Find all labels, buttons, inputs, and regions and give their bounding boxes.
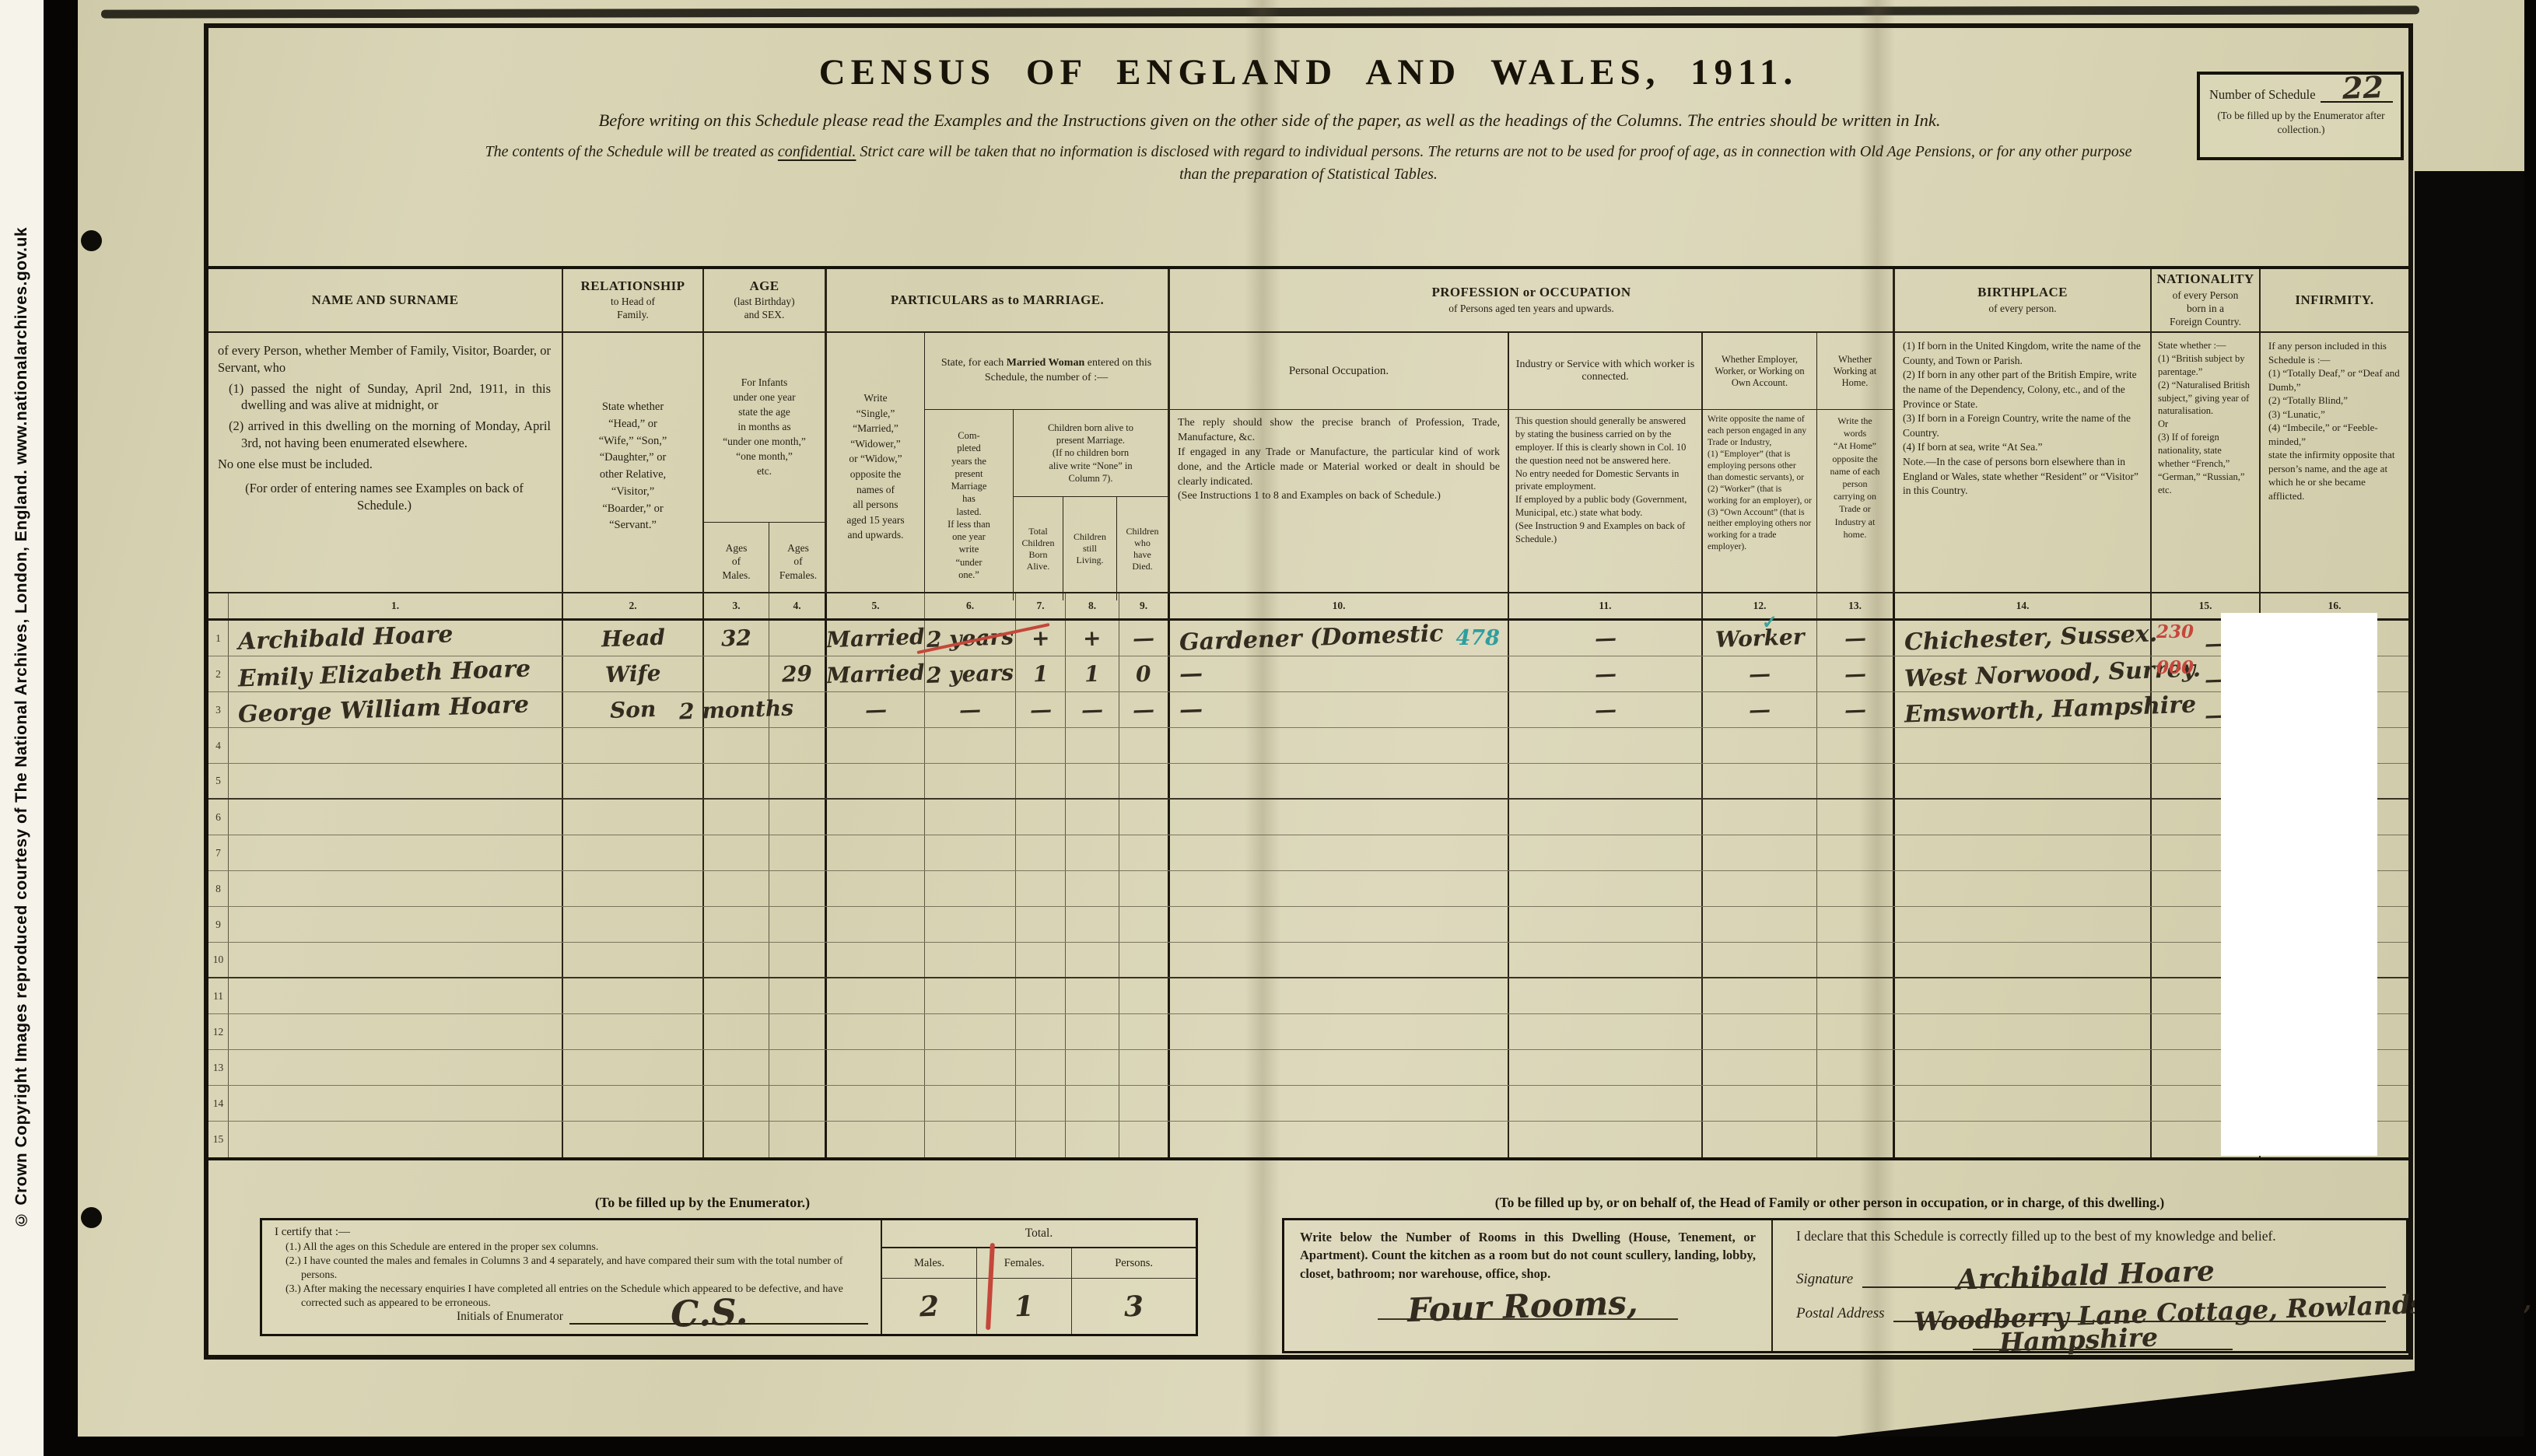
cell-children-born <box>1016 871 1066 906</box>
table-row: 3George William HoareSon2 months————————… <box>208 692 2408 728</box>
instr-employer-title: Whether Employer, Worker, or Working on … <box>1703 333 1816 410</box>
cell-marital-condition <box>827 764 925 798</box>
table-row: 4 <box>208 728 2408 764</box>
cell-industry: — <box>1509 621 1703 656</box>
handwriting: — <box>1594 627 1617 649</box>
cell-years-married: — <box>925 692 1016 727</box>
handwriting: — <box>959 698 982 721</box>
handwriting: Worker <box>1715 626 1804 651</box>
cell-birthplace <box>1895 871 2152 906</box>
cell-children-died: — <box>1119 692 1170 727</box>
cell-industry <box>1509 978 1703 1013</box>
cell-age-male <box>704 835 769 870</box>
cell-children-died <box>1119 943 1170 977</box>
cell-children-born <box>1016 943 1066 977</box>
cell-working-at-home <box>1817 943 1895 977</box>
cell-children-born <box>1016 764 1066 798</box>
handwriting: — <box>1133 627 1155 649</box>
cell-industry <box>1509 800 1703 835</box>
cell-children-living: — <box>1066 692 1119 727</box>
cell-employment-status <box>1703 1050 1817 1085</box>
cell-occupation <box>1170 764 1509 798</box>
cell-age-male <box>704 1122 769 1157</box>
handwriting: — <box>1179 662 1203 686</box>
householder-heading: (To be filled up by, or on behalf of, th… <box>1251 1195 2408 1211</box>
cell-occupation <box>1170 1122 1509 1157</box>
cell-working-at-home <box>1817 907 1895 942</box>
cell-age-male <box>704 943 769 977</box>
cell-name <box>229 907 563 942</box>
cell-occupation <box>1170 835 1509 870</box>
instr-personal-occupation: Personal Occupation. The reply should sh… <box>1170 333 1509 600</box>
cell-birthplace <box>1895 1050 2152 1085</box>
handwriting: 32 <box>721 627 752 649</box>
cell-working-at-home: — <box>1817 692 1895 727</box>
header-profession: PROFESSION or OCCUPATIONof Persons aged … <box>1170 269 1895 331</box>
handwriting: 1 <box>1084 663 1100 685</box>
signature-line: Archibald Hoare <box>1862 1266 2386 1288</box>
cell-children-died <box>1119 871 1170 906</box>
cell-years-married <box>925 800 1016 835</box>
cell-children-died <box>1119 978 1170 1013</box>
cell-employment-status <box>1703 1086 1817 1121</box>
certify-item: (3.) After making the necessary enquirie… <box>275 1283 873 1311</box>
cell-age-male <box>704 764 769 798</box>
cell-working-at-home <box>1817 1086 1895 1121</box>
cell-years-married <box>925 871 1016 906</box>
cell-birthplace <box>1895 1014 2152 1049</box>
column-number-row: 1.2.3.4.5.6.7.8.9.10.11.12.13.14.15.16. <box>208 593 2408 621</box>
initials-row: Initials of Enumerator C.S. <box>457 1309 868 1325</box>
schedule-frame: CENSUS OF ENGLAND AND WALES, 1911. Befor… <box>204 23 2413 1360</box>
subtitle-confidential: The contents of the Schedule will be tre… <box>263 143 2354 161</box>
cell-marital-condition <box>827 1050 925 1085</box>
cell-age-female <box>769 978 827 1013</box>
cell-name <box>229 764 563 798</box>
cell-industry <box>1509 728 1703 763</box>
cell-age-male <box>704 1014 769 1049</box>
column-number: 5. <box>827 593 925 618</box>
rooms-line: Four Rooms, <box>1378 1286 1679 1320</box>
cell-name <box>229 728 563 763</box>
cell-occupation <box>1170 800 1509 835</box>
cell-children-living <box>1066 1086 1119 1121</box>
cell-age-female <box>769 800 827 835</box>
schedule-number-line: 22 <box>2321 82 2393 103</box>
handwriting: 1 <box>1032 663 1048 685</box>
postal-address-handwriting2: Hampshire <box>1998 1324 2158 1355</box>
instr-industry-text: This question should generally be answer… <box>1509 410 1701 551</box>
cell-occupation <box>1170 871 1509 906</box>
cell-children-born <box>1016 907 1066 942</box>
cell-occupation: — <box>1170 656 1509 691</box>
table-row: 8 <box>208 871 2408 907</box>
cell-birthplace <box>1895 835 2152 870</box>
handwriting: Married <box>826 661 926 686</box>
cell-children-died <box>1119 907 1170 942</box>
cell-children-living <box>1066 800 1119 835</box>
signature-handwriting: Archibald Hoare <box>1956 1257 2215 1294</box>
handwriting: 2 months <box>679 697 794 723</box>
header-age: AGE(last Birthday) and SEX. <box>704 269 827 331</box>
cell-years-married <box>925 907 1016 942</box>
column-number: 8. <box>1066 593 1119 618</box>
handwriting: — <box>1179 698 1203 722</box>
cell-name <box>229 835 563 870</box>
cell-occupation <box>1170 1086 1509 1121</box>
handwriting: — <box>864 698 887 721</box>
instr-name: of every Person, whether Member of Famil… <box>208 333 563 600</box>
cell-name <box>229 1086 563 1121</box>
row-number: 6 <box>208 800 229 835</box>
cell-working-at-home <box>1817 764 1895 798</box>
handwriting: George William Hoare <box>238 693 530 726</box>
column-group-titles: NAME AND SURNAME RELATIONSHIPto Head of … <box>208 269 2408 333</box>
cell-employment-status <box>1703 835 1817 870</box>
cell-years-married <box>925 1050 1016 1085</box>
handwriting: Married <box>826 625 926 650</box>
cell-employment-status <box>1703 907 1817 942</box>
signature-label: Signature <box>1796 1271 1853 1288</box>
cell-relationship <box>563 907 704 942</box>
table-row: 10 <box>208 943 2408 978</box>
cell-children-born <box>1016 1122 1066 1157</box>
cell-relationship <box>563 800 704 835</box>
cell-occupation: Gardener (Domestic478 <box>1170 621 1509 656</box>
cell-birthplace <box>1895 800 2152 835</box>
cell-employment-status: Worker✓ <box>1703 621 1817 656</box>
cell-age-male <box>704 978 769 1013</box>
cell-occupation <box>1170 1014 1509 1049</box>
rooms-value-handwriting: Four Rooms, <box>1407 1286 1639 1327</box>
header-birthplace: BIRTHPLACEof every person. <box>1895 269 2152 331</box>
column-number: 3. <box>704 593 769 618</box>
handwriting: — <box>1844 698 1866 721</box>
handwriting: — <box>1594 698 1617 721</box>
certify-intro: I certify that :— <box>275 1225 873 1241</box>
instr-ages-males: Ages of Males. <box>704 523 769 600</box>
column-number: 1. <box>229 593 563 618</box>
cell-name <box>229 871 563 906</box>
cell-marital-condition <box>827 907 925 942</box>
cell-name <box>229 1050 563 1085</box>
cell-children-living <box>1066 907 1119 942</box>
cell-occupation <box>1170 978 1509 1013</box>
row-number: 4 <box>208 728 229 763</box>
cell-age-male <box>704 1086 769 1121</box>
row-number: 2 <box>208 656 229 691</box>
cell-years-married <box>925 764 1016 798</box>
copyright-strip: © Crown Copyright Images reproduced cour… <box>0 0 44 1456</box>
clerk-code-red: 230 <box>2156 621 2194 642</box>
persons-value: 3 <box>1072 1279 1196 1334</box>
instr-relationship: State whether “Head,” or “Wife,” “Son,” … <box>563 333 704 600</box>
instr-employer-text: Write opposite the name of each person e… <box>1703 410 1816 557</box>
householder-box: Write below the Number of Rooms in this … <box>1282 1218 2408 1353</box>
column-number: 11. <box>1509 593 1703 618</box>
handwriting: — <box>1594 663 1617 685</box>
cell-employment-status <box>1703 728 1817 763</box>
cell-marital-condition <box>827 943 925 977</box>
cell-children-died: 0 <box>1119 656 1170 691</box>
cell-children-born <box>1016 978 1066 1013</box>
handwriting: + <box>1083 627 1102 649</box>
cell-name <box>229 978 563 1013</box>
cell-marital-condition <box>827 978 925 1013</box>
handwriting: + <box>1031 627 1049 649</box>
cell-industry <box>1509 835 1703 870</box>
cell-children-born <box>1016 1086 1066 1121</box>
cell-years-married <box>925 978 1016 1013</box>
column-number: 6. <box>925 593 1016 618</box>
row-number: 1 <box>208 621 229 656</box>
instr-ages-females: Ages of Females. <box>769 523 827 600</box>
initials-label: Initials of Enumerator <box>457 1309 563 1325</box>
row-number: 12 <box>208 1014 229 1049</box>
cell-children-living <box>1066 835 1119 870</box>
instr-years-married: Com- pleted years the present Marriage h… <box>925 410 1014 600</box>
cell-children-died <box>1119 1086 1170 1121</box>
header-relationship: RELATIONSHIPto Head of Family. <box>563 269 704 331</box>
cell-relationship <box>563 835 704 870</box>
handwriting: — <box>1081 698 1104 721</box>
instr-married-woman: State, for each Married Woman entered on… <box>925 333 1168 410</box>
cell-occupation: — <box>1170 692 1509 727</box>
handwriting: Archibald Hoare <box>238 623 454 654</box>
schedule-number-box: Number of Schedule 22 (To be filled up b… <box>2197 72 2404 160</box>
cell-children-living <box>1066 871 1119 906</box>
row-number: 11 <box>208 978 229 1013</box>
cell-industry <box>1509 1014 1703 1049</box>
cell-children-born <box>1016 1014 1066 1049</box>
rooms-instructions: Write below the Number of Rooms in this … <box>1300 1228 1756 1283</box>
cell-employment-status <box>1703 1122 1817 1157</box>
column-number: 10. <box>1170 593 1509 618</box>
column-number: 14. <box>1895 593 2152 618</box>
cell-birthplace <box>1895 764 2152 798</box>
cell-name <box>229 943 563 977</box>
cell-years-married: 2 years <box>925 656 1016 691</box>
cell-employment-status <box>1703 764 1817 798</box>
cell-years-married <box>925 1014 1016 1049</box>
instr-age-infants: For Infants under one year state the age… <box>704 333 825 522</box>
copyright-text: © Crown Copyright Images reproduced cour… <box>12 227 31 1228</box>
cell-employment-status: — <box>1703 656 1817 691</box>
handwriting: — <box>1029 698 1052 721</box>
row-number: 3 <box>208 692 229 727</box>
cell-children-died <box>1119 835 1170 870</box>
cell-relationship: Head <box>563 621 704 656</box>
cell-industry <box>1509 1086 1703 1121</box>
cell-years-married: 2 years <box>925 621 1016 656</box>
instr-have-died: Children who have Died. <box>1117 497 1168 600</box>
cell-children-born <box>1016 728 1066 763</box>
cell-relationship <box>563 943 704 977</box>
cell-name: Archibald Hoare <box>229 621 563 656</box>
row-number: 13 <box>208 1050 229 1085</box>
census-document-scan: © Crown Copyright Images reproduced cour… <box>0 0 2536 1456</box>
cell-children-died <box>1119 800 1170 835</box>
cell-birthplace <box>1895 978 2152 1013</box>
cell-children-living <box>1066 978 1119 1013</box>
schedule-number-note: (To be filled up by the Enumerator after… <box>2209 109 2393 136</box>
cell-relationship <box>563 728 704 763</box>
cell-relationship <box>563 1086 704 1121</box>
cell-children-died <box>1119 1050 1170 1085</box>
cell-name <box>229 1122 563 1157</box>
cell-name: George William Hoare <box>229 692 563 727</box>
instr-working-at-home: Whether Working at Home. Write the words… <box>1817 333 1895 600</box>
cell-age-female <box>769 1050 827 1085</box>
column-instructions: of every Person, whether Member of Famil… <box>208 333 2408 593</box>
cell-age-female <box>769 835 827 870</box>
subtitle-instructions: Before writing on this Schedule please r… <box>372 110 2167 131</box>
cell-marital-condition: — <box>827 692 925 727</box>
cell-relationship <box>563 871 704 906</box>
cell-children-living <box>1066 1050 1119 1085</box>
cell-age-female <box>769 871 827 906</box>
schedule-number-label: Number of Schedule <box>2209 87 2316 103</box>
males-value: 2 <box>882 1279 977 1334</box>
cell-birthplace: Emsworth, Hampshire <box>1895 692 2152 727</box>
cell-age-female <box>769 1086 827 1121</box>
cell-children-living <box>1066 728 1119 763</box>
cell-employment-status <box>1703 800 1817 835</box>
column-number: 4. <box>769 593 827 618</box>
cell-years-married <box>925 1122 1016 1157</box>
census-paper: CENSUS OF ENGLAND AND WALES, 1911. Befor… <box>78 0 2524 1437</box>
handwriting: 29 <box>782 663 813 685</box>
column-number: 7. <box>1016 593 1066 618</box>
cell-marital-condition <box>827 800 925 835</box>
instr-marital-condition: Write “Single,” “Married,” “Widower,” or… <box>827 333 925 600</box>
enumerator-certification: I certify that :— (1.) All the ages on t… <box>262 1220 881 1334</box>
cell-marital-condition <box>827 871 925 906</box>
handwriting: — <box>1133 698 1155 721</box>
cell-age-female <box>769 764 827 798</box>
cell-industry: — <box>1509 656 1703 691</box>
cell-age-male: 2 months <box>704 692 769 727</box>
header-nationality: NATIONALITYof every Person born in a For… <box>2152 269 2261 331</box>
instr-nationality: State whether :— (1) “British sub­ject b… <box>2152 333 2261 600</box>
table-row: 7 <box>208 835 2408 871</box>
cell-birthplace <box>1895 728 2152 763</box>
rooms-section: Write below the Number of Rooms in this … <box>1284 1220 1773 1351</box>
cell-age-female: 29 <box>769 656 827 691</box>
instr-industry: Industry or Service with which worker is… <box>1509 333 1703 600</box>
cell-birthplace: West Norwood, Surrey. <box>1895 656 2152 691</box>
instr-employer-worker: Whether Employer, Worker, or Working on … <box>1703 333 1817 600</box>
table-body: 1Archibald HoareHead32Married2 years++—G… <box>208 621 2408 1157</box>
row-number: 8 <box>208 871 229 906</box>
cell-children-living: 1 <box>1066 656 1119 691</box>
cell-working-at-home <box>1817 835 1895 870</box>
cell-marital-condition <box>827 835 925 870</box>
cell-name: Emily Elizabeth Hoare <box>229 656 563 691</box>
row-number: 9 <box>208 907 229 942</box>
instr-children-born: Children born alive to present Marriage.… <box>1014 410 1168 497</box>
signature-row: Signature Archibald Hoare <box>1796 1266 2386 1288</box>
column-number: 12. <box>1703 593 1817 618</box>
cell-working-at-home <box>1817 800 1895 835</box>
instr-age: For Infants under one year state the age… <box>704 333 827 600</box>
cell-age-female <box>769 1122 827 1157</box>
cell-age-male: 32 <box>704 621 769 656</box>
table-row: 9 <box>208 907 2408 943</box>
handwriting: — <box>1749 663 1771 685</box>
cell-occupation <box>1170 728 1509 763</box>
cell-birthplace <box>1895 907 2152 942</box>
row-number: 5 <box>208 764 229 798</box>
cell-working-at-home <box>1817 728 1895 763</box>
postal-address-label: Postal Address <box>1796 1305 1884 1322</box>
cell-children-born: — <box>1016 692 1066 727</box>
cell-years-married <box>925 835 1016 870</box>
cell-children-died: — <box>1119 621 1170 656</box>
cell-industry <box>1509 764 1703 798</box>
instr-total-born: Total Children Born Alive. <box>1014 497 1063 600</box>
cell-relationship <box>563 1050 704 1085</box>
cell-years-married <box>925 1086 1016 1121</box>
subtitle-confidential-post: Strict care will be taken that no inform… <box>856 143 2131 160</box>
total-label: Total. <box>882 1220 1196 1248</box>
table-row: 11 <box>208 978 2408 1014</box>
cell-working-at-home: — <box>1817 621 1895 656</box>
instr-birthplace: (1) If born in the United King­dom, writ… <box>1895 333 2152 600</box>
row-number: 10 <box>208 943 229 977</box>
cell-marital-condition: Married <box>827 621 925 656</box>
table-row: 5 <box>208 764 2408 800</box>
cell-marital-condition <box>827 1086 925 1121</box>
declaration-text: I declare that this Schedule is correctl… <box>1796 1228 2386 1244</box>
cell-children-died <box>1119 764 1170 798</box>
clerk-check-teal: ✓ <box>1762 611 1778 634</box>
cell-children-born <box>1016 1050 1066 1085</box>
row-number: 14 <box>208 1086 229 1121</box>
postal-address-row: Postal Address Woodberry Lane Cottage, R… <box>1796 1300 2386 1322</box>
initials-line: C.S. <box>569 1309 868 1325</box>
table-row: 6 <box>208 800 2408 835</box>
page-title: CENSUS OF ENGLAND AND WALES, 1911. <box>208 28 2408 93</box>
instr-home-title: Whether Working at Home. <box>1817 333 1893 410</box>
confidential-underlined: confidential. <box>778 143 856 160</box>
cell-name <box>229 1014 563 1049</box>
table-row: 13 <box>208 1050 2408 1086</box>
hole-punch <box>81 230 102 251</box>
cell-industry <box>1509 1122 1703 1157</box>
cell-years-married <box>925 728 1016 763</box>
instr-occupation-title: Personal Occupation. <box>1170 333 1508 410</box>
enumerator-box: I certify that :— (1.) All the ages on t… <box>260 1218 1198 1336</box>
cell-children-died <box>1119 728 1170 763</box>
scan-dark-edge <box>2415 171 2524 1437</box>
cell-industry <box>1509 943 1703 977</box>
handwriting: — <box>1844 627 1866 649</box>
handwriting: Emily Elizabeth Hoare <box>238 657 531 691</box>
column-number: 13. <box>1817 593 1895 618</box>
cell-relationship <box>563 978 704 1013</box>
cell-children-living <box>1066 764 1119 798</box>
cell-relationship <box>563 1122 704 1157</box>
cell-age-female <box>769 621 827 656</box>
handwriting: Head <box>601 626 665 650</box>
handwriting: — <box>1749 698 1771 721</box>
subtitle-statistical: than the preparation of Statistical Tabl… <box>208 166 2408 184</box>
handwriting: — <box>1844 663 1866 685</box>
handwriting: Wife <box>604 662 660 685</box>
cell-working-at-home <box>1817 1014 1895 1049</box>
schedule-number-value: 22 <box>2342 72 2384 103</box>
